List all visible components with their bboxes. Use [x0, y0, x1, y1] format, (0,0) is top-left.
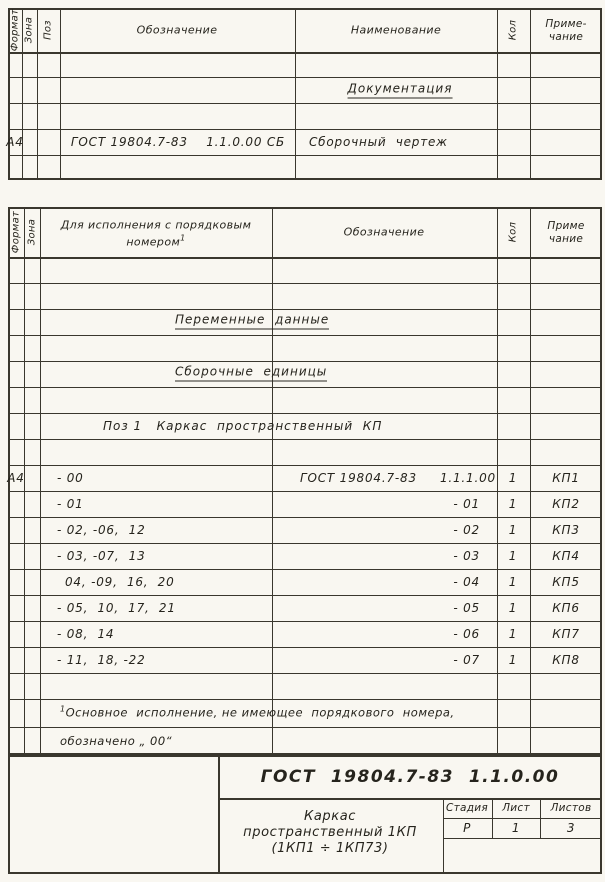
column-header-designation: Обозначение	[344, 226, 425, 239]
column-header-note-line1: Приме-	[545, 18, 586, 30]
execution-cell: - 03, -07, 13	[57, 549, 146, 563]
note-cell: КП8	[552, 653, 580, 667]
specification-sheet: Формат Зона Поз Обозначение Наименование…	[0, 0, 605, 882]
column-header-format: Формат	[11, 211, 22, 253]
grid-line	[8, 647, 602, 648]
grid-line	[8, 699, 602, 700]
note-cell: КП4	[552, 549, 580, 563]
column-header-name: Наименование	[351, 24, 441, 37]
part-name-line2: пространственный 1КП	[243, 825, 417, 841]
note-cell: КП7	[552, 627, 580, 641]
grid-line	[8, 673, 602, 674]
grid-line	[8, 543, 602, 544]
execution-cell: - 00	[57, 471, 84, 485]
grid-line	[8, 257, 602, 259]
grid-line	[8, 727, 602, 728]
grid-line	[8, 283, 602, 284]
note-cell: КП1	[552, 471, 580, 485]
column-header-note-line1: Приме	[547, 220, 584, 232]
grid-line	[8, 491, 602, 492]
column-header-note-line2: чание	[549, 31, 583, 43]
grid-line	[8, 103, 602, 104]
grid-line	[8, 155, 602, 156]
grid-line	[8, 129, 602, 130]
sheets-value: 3	[567, 821, 575, 835]
execution-cell: - 11, 18, -22	[57, 653, 146, 667]
name-cell: Сборочный чертеж	[309, 135, 448, 149]
part-name-line1: Каркас	[304, 809, 356, 825]
designation-cell: - 04	[272, 575, 480, 589]
designation-cell: ГОСТ 19804.7-83 1.1.0.00 СБ	[71, 135, 285, 149]
column-header-zone: Зона	[27, 219, 38, 245]
grid-line	[8, 569, 602, 570]
note-cell: КП5	[552, 575, 580, 589]
footnote-line1: 1Основное исполнение, не имеющее порядко…	[60, 705, 455, 720]
column-header-execution-line1: Для исполнения с порядковым	[61, 219, 252, 232]
designation-cell: - 03	[272, 549, 480, 563]
qty-cell: 1	[509, 497, 517, 511]
document-number: ГОСТ 19804.7-83 1.1.0.00	[261, 767, 560, 787]
format-cell: A4	[6, 135, 23, 149]
grid-line	[443, 818, 602, 819]
grid-line	[443, 798, 444, 874]
grid-line	[8, 309, 602, 310]
designation-cell: - 07	[272, 653, 480, 667]
column-header-format: Формат	[10, 9, 21, 51]
section-title-documentation: Документация	[348, 82, 453, 99]
designation-cell: ГОСТ 19804.7-83 1.1.1.00	[300, 471, 496, 485]
sheets-label: Листов	[550, 802, 591, 814]
column-header-zone: Зона	[24, 17, 35, 43]
footnote-text: Основное исполнение, не имеющее порядков…	[66, 705, 455, 719]
note-cell: КП6	[552, 601, 580, 615]
designation-cell: - 01	[272, 497, 480, 511]
column-header-note-line2: чание	[549, 233, 583, 245]
column-header-designation: Обозначение	[137, 24, 218, 37]
execution-cell: - 01	[57, 497, 84, 511]
qty-cell: 1	[509, 653, 517, 667]
note-cell: КП2	[552, 497, 580, 511]
grid-line	[8, 335, 602, 336]
execution-cell: 04, -09, 16, 20	[65, 575, 175, 589]
execution-header-text: номером	[126, 235, 180, 248]
stage-label: Стадия	[446, 802, 488, 814]
grid-line	[218, 798, 602, 800]
grid-line	[8, 465, 602, 466]
execution-cell: - 05, 10, 17, 21	[57, 601, 176, 615]
grid-line	[8, 387, 602, 388]
column-header-qty: Кол	[508, 20, 519, 41]
grid-line	[8, 413, 602, 414]
grid-line	[8, 595, 602, 596]
grid-line	[8, 439, 602, 440]
column-header-execution-line2: номером1	[126, 234, 185, 249]
stage-value: Р	[463, 821, 471, 835]
footnote-marker: 1	[180, 234, 186, 243]
grid-line	[8, 621, 602, 622]
execution-cell: - 02, -06, 12	[57, 523, 146, 537]
grid-line	[8, 77, 602, 78]
designation-cell: - 05	[272, 601, 480, 615]
grid-line	[218, 755, 220, 874]
grid-line	[8, 517, 602, 518]
qty-cell: 1	[509, 549, 517, 563]
note-cell: КП3	[552, 523, 580, 537]
designation-cell: - 06	[272, 627, 480, 641]
qty-cell: 1	[509, 523, 517, 537]
grid-line	[8, 361, 602, 362]
qty-cell: 1	[509, 601, 517, 615]
format-cell: A4	[7, 471, 24, 485]
designation-cell: - 02	[272, 523, 480, 537]
qty-cell: 1	[509, 575, 517, 589]
section-title-assembly-units: Сборочные единицы	[175, 365, 327, 382]
part-name-line3: (1КП1 ÷ 1КП73)	[271, 841, 388, 857]
sheet-value: 1	[512, 821, 520, 835]
execution-cell: - 08, 14	[57, 627, 114, 641]
column-header-qty: Кол	[508, 222, 519, 243]
column-header-pos: Поз	[43, 20, 54, 40]
grid-line	[8, 52, 602, 54]
section-title-variable-data: Переменные данные	[175, 313, 329, 330]
qty-cell: 1	[509, 627, 517, 641]
qty-cell: 1	[509, 471, 517, 485]
grid-line	[443, 838, 602, 839]
section-title-pos1: Поз 1 Каркас пространственный КП	[103, 419, 382, 433]
footnote-line2: обозначено „ 00“	[60, 734, 172, 748]
sheet-label: Лист	[502, 802, 530, 814]
